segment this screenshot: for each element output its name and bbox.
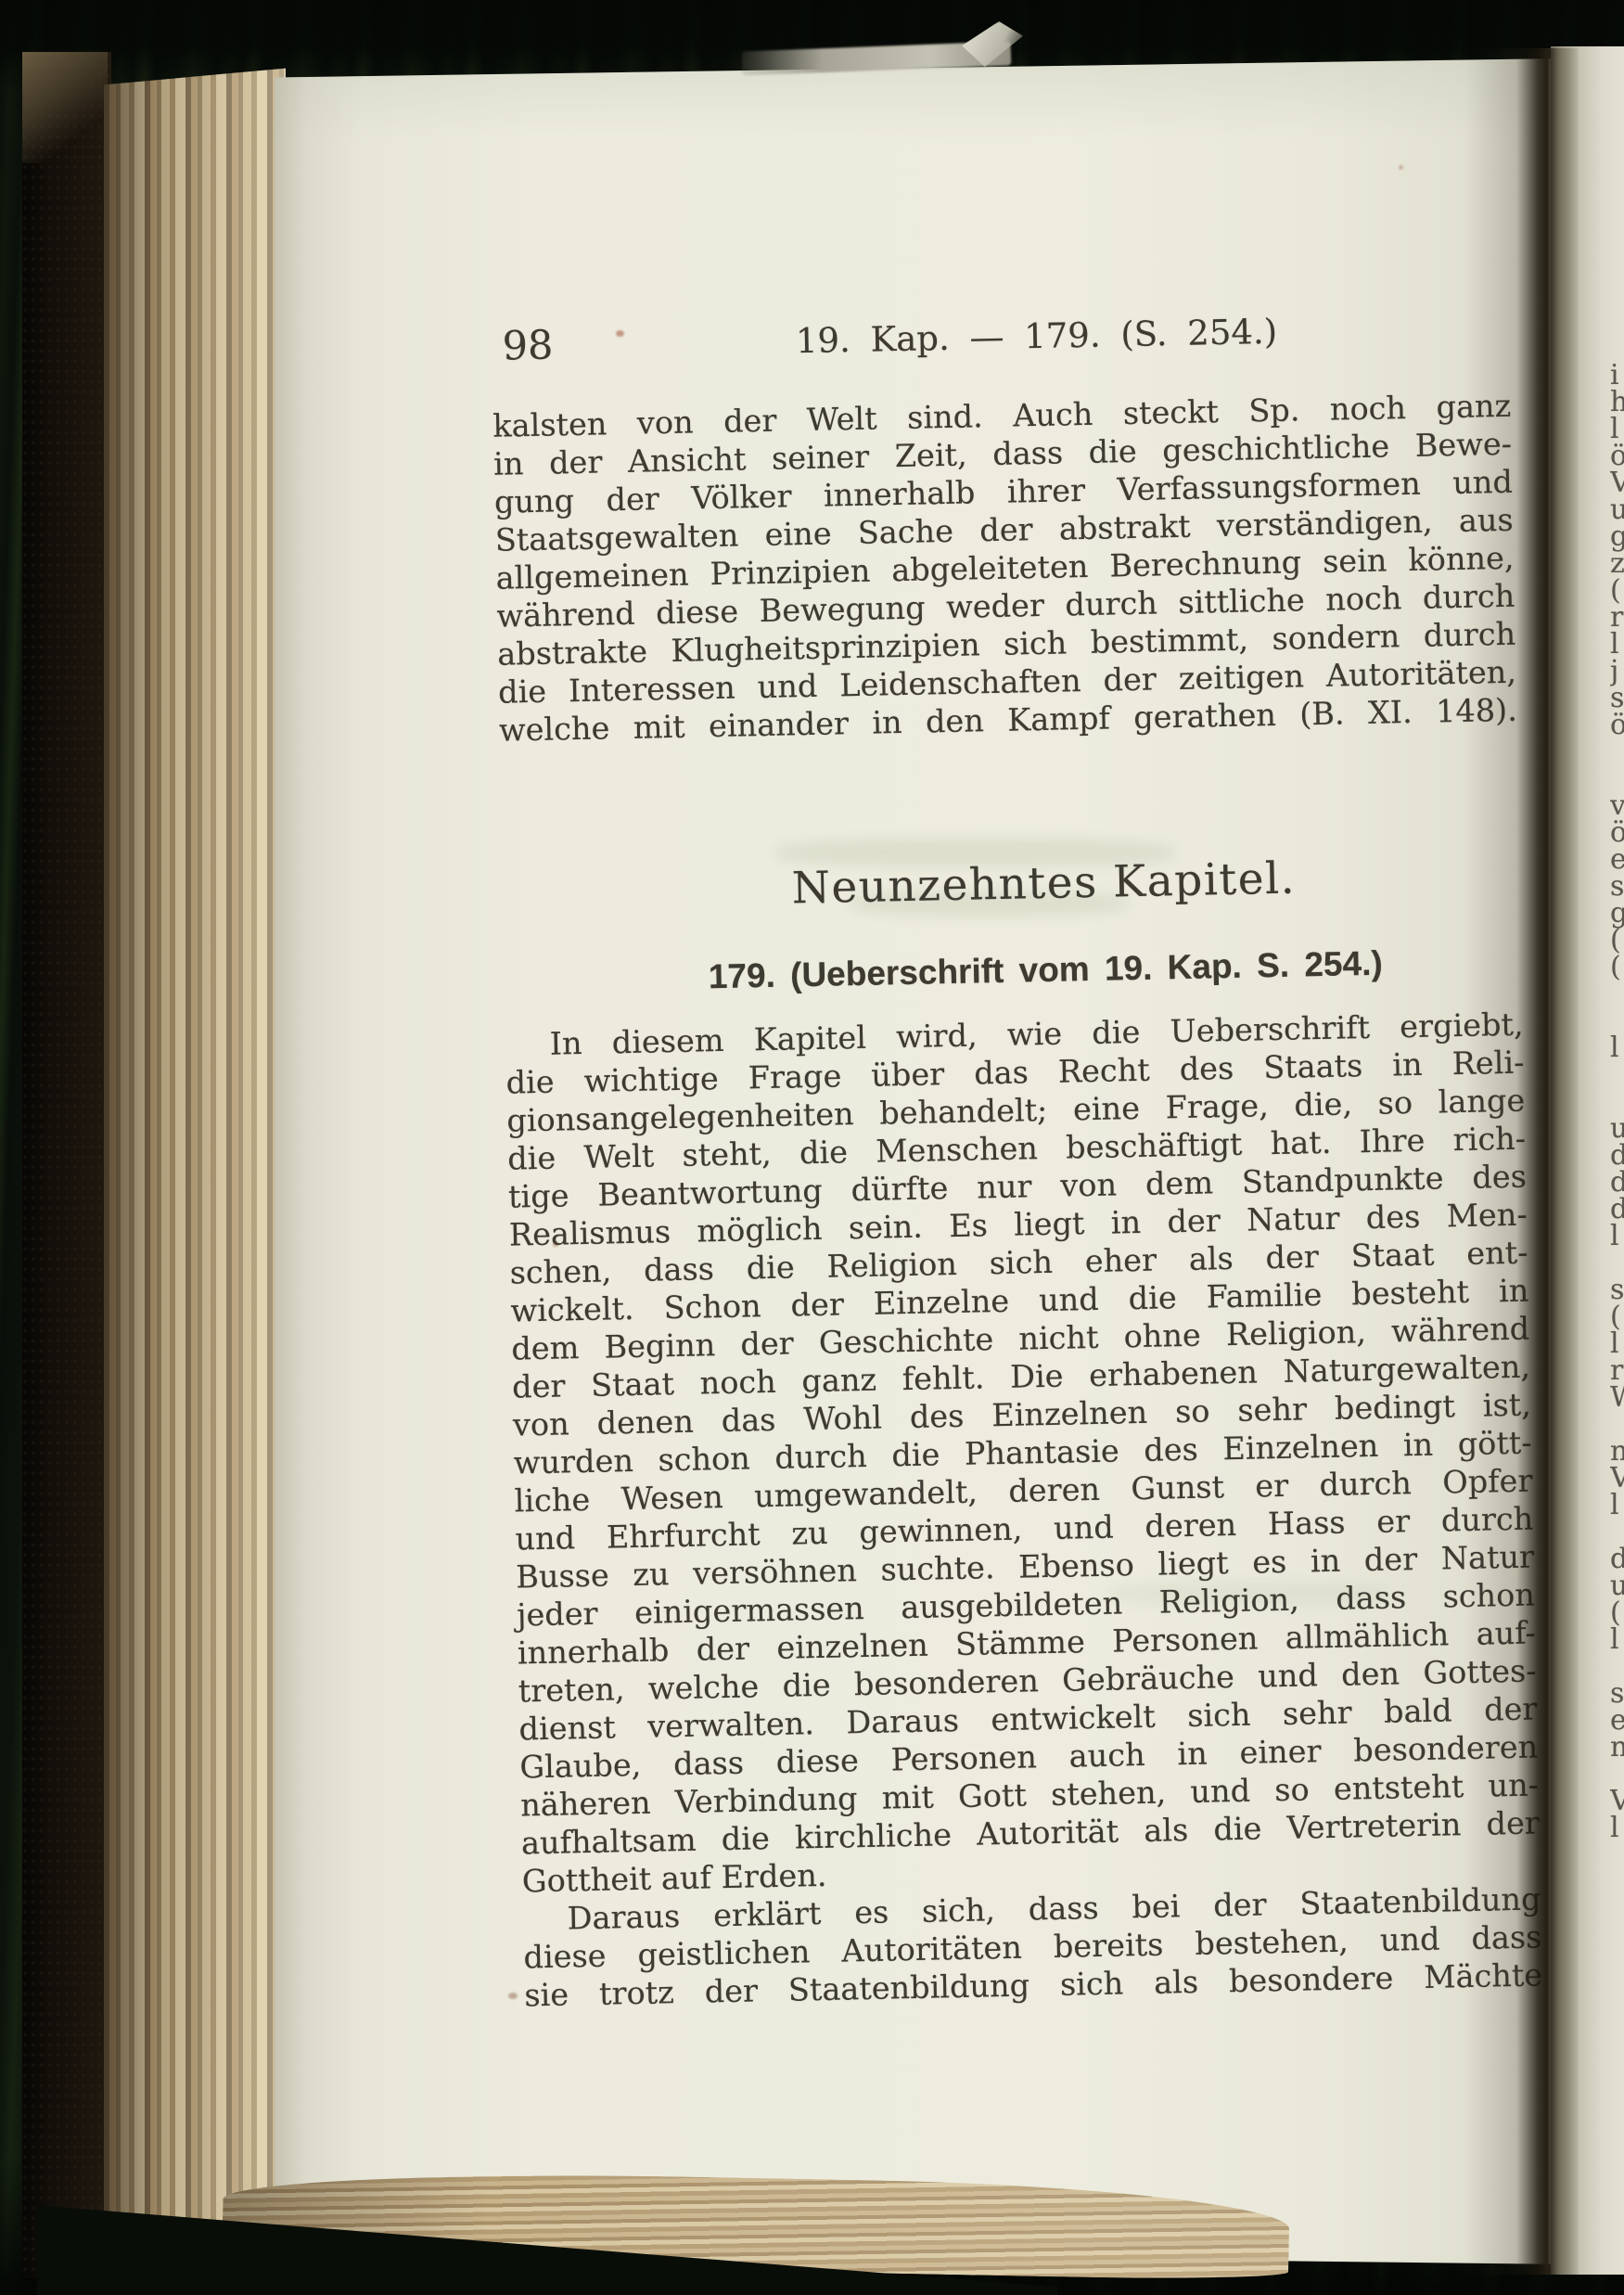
section-heading: 179. (Ueberschrift vom 19. Kap. S. 254.) xyxy=(504,940,1523,1003)
page-text-block: 98 19. Kap. — 179. (S. 254.) kalsten von… xyxy=(491,305,1542,2015)
paragraph: Daraus erklärt es sich, dass bei der Sta… xyxy=(522,1879,1542,2014)
running-header: 19. Kap. — 179. (S. 254.) xyxy=(491,305,1510,370)
page-header-row: 98 19. Kap. — 179. (S. 254.) xyxy=(491,305,1510,372)
chapter-heading: Neunzehntes Kapitel. xyxy=(502,851,1521,919)
paragraph-continuation: kalsten von der Welt sind. Auch steckt S… xyxy=(492,387,1517,750)
foxing-spot xyxy=(508,1993,518,1999)
book-photo-scene: 98 19. Kap. — 179. (S. 254.) kalsten von… xyxy=(0,0,1624,2295)
facing-page-text-fragments: i h l ö V u g z ( r l j s ö v ö e s g ( … xyxy=(1610,362,1624,1841)
foxing-spot xyxy=(1399,165,1403,170)
page-number: 98 xyxy=(502,324,554,367)
paragraph: In diesem Kapitel wird, wie die Uebersch… xyxy=(505,1006,1541,1901)
book-cover-corner-highlight xyxy=(22,52,108,163)
gutter-shadow xyxy=(1465,48,1579,2275)
open-book-page: 98 19. Kap. — 179. (S. 254.) kalsten von… xyxy=(275,52,1553,2271)
page-stack-fore-edge xyxy=(104,65,286,2275)
book-cover-edge xyxy=(22,52,111,2278)
